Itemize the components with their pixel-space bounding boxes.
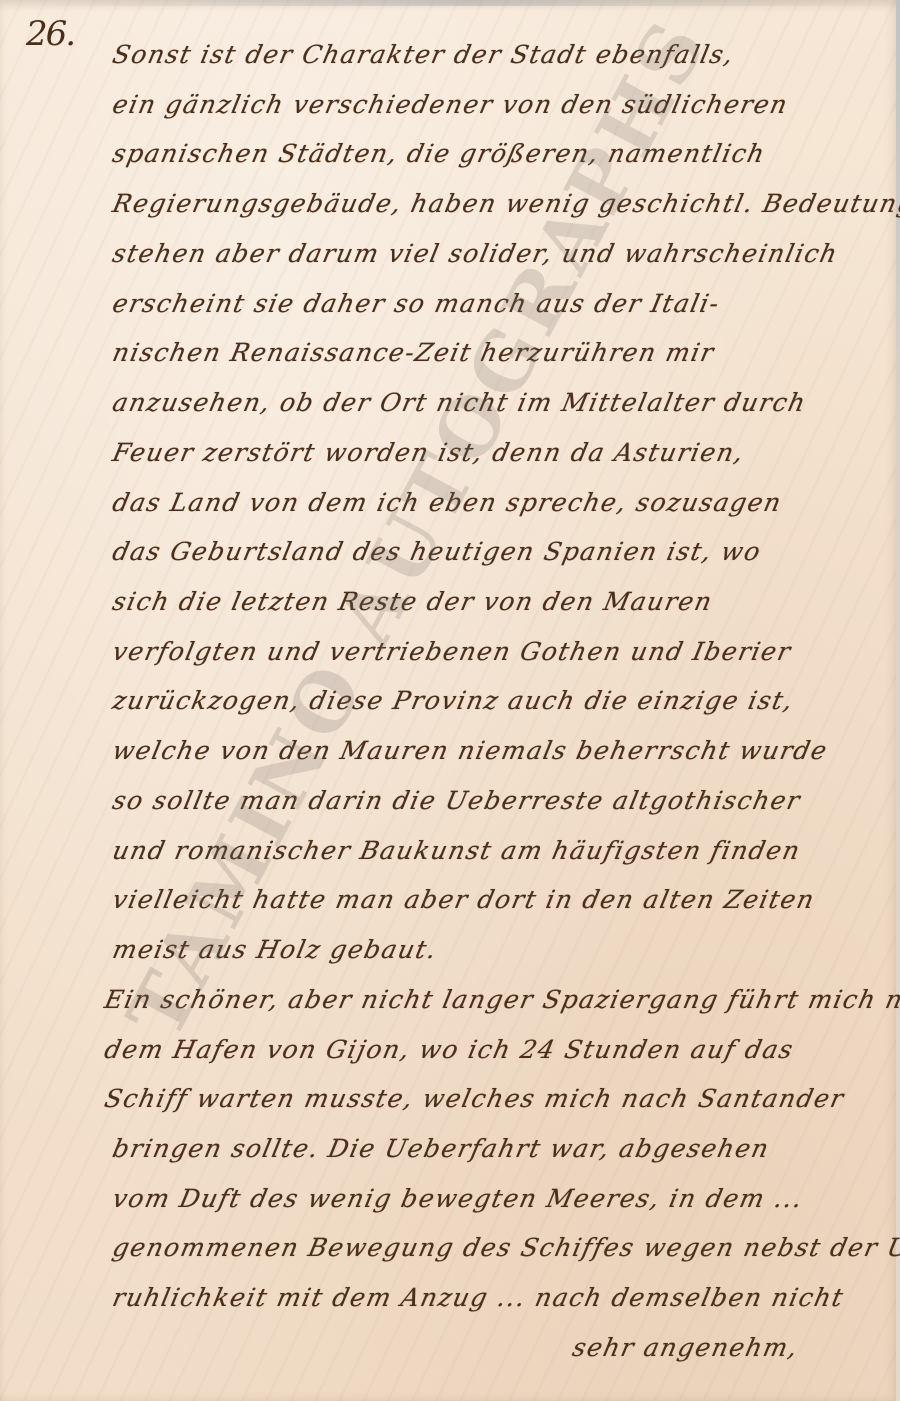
paper-top-edge (40, 0, 900, 6)
manuscript-line: bringen sollte. Die Ueberfahrt war, abge… (110, 1134, 773, 1163)
manuscript-line: sehr angenehm, (570, 1333, 801, 1362)
manuscript-line: verfolgten und vertriebenen Gothen und I… (110, 637, 794, 666)
manuscript-line: dem Hafen von Gijon, wo ich 24 Stunden a… (102, 1035, 797, 1064)
manuscript-line: Schiff warten musste, welches mich nach … (102, 1084, 847, 1113)
manuscript-line: genommenen Bewegung des Schiffes wegen n… (110, 1233, 900, 1262)
manuscript-line: stehen aber darum viel solider, und wahr… (110, 239, 841, 268)
manuscript-line: ruhlichkeit mit dem Anzug ... nach demse… (110, 1283, 847, 1312)
manuscript-line: Regierungsgebäude, haben wenig geschicht… (110, 189, 900, 218)
manuscript-line: welche von den Mauren niemals beherrscht… (110, 736, 831, 765)
manuscript-line: nischen Renaissance-Zeit herzurühren mir (110, 338, 717, 367)
manuscript-line: vom Duft des wenig bewegten Meeres, in d… (110, 1184, 806, 1213)
manuscript-line: zurückzogen, diese Provinz auch die einz… (110, 686, 797, 715)
manuscript-line: so sollte man darin die Ueberreste altgo… (110, 786, 804, 815)
page-number: 26. (26, 14, 74, 54)
manuscript-line: erscheint sie daher so manch aus der Ita… (110, 289, 723, 318)
manuscript-page: 26. Sonst ist der Charakter der Stadt eb… (0, 0, 900, 1401)
